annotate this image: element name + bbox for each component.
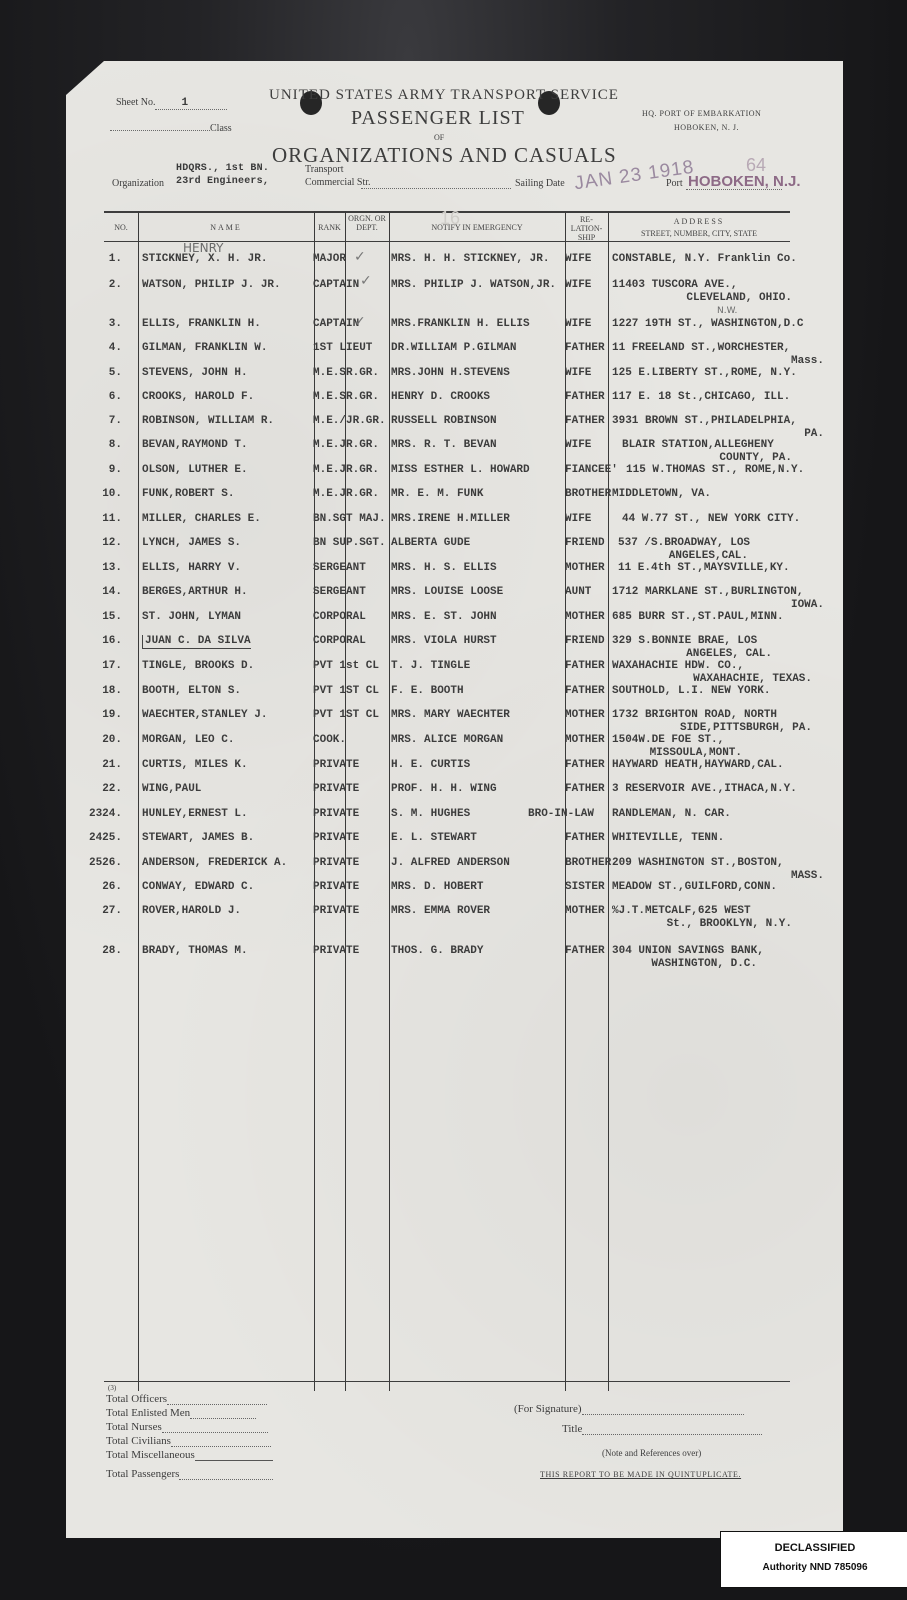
title-line-1: UNITED STATES ARMY TRANSPORT SERVICE (269, 87, 619, 104)
stamp-number: 64 (746, 155, 766, 176)
organization-line-2: 23rd Engineers, (176, 176, 269, 187)
total-misc-field: Total Miscellaneous (106, 1449, 273, 1461)
sheet-no-field: Sheet No.1 (116, 97, 227, 110)
table-bottom-rule (104, 1381, 790, 1382)
port-label: Port (666, 178, 683, 189)
col-header-no: NO. (104, 223, 138, 232)
total-nurses-field: Total Nurses (106, 1421, 268, 1433)
declassified-title: DECLASSIFIED (721, 1542, 907, 1554)
table-row: 27. ROVER,HAROLD J. PRIVATE MRS. EMMA RO… (66, 905, 843, 935)
hq-line-2: HOBOKEN, N. J. (674, 123, 739, 132)
col-header-relationship: RE-LATION-SHIP (565, 215, 608, 242)
check-mark-icon: ✓ (360, 273, 372, 289)
title-line-2: PASSENGER LIST (351, 107, 525, 130)
handwritten-nw: N.W. (717, 306, 737, 316)
check-mark-icon: ✓ (354, 249, 366, 265)
declassified-authority: Authority NND 785096 (721, 1562, 907, 1573)
table-row: 28. BRADY, THOMAS M. PRIVATE THOS. G. BR… (66, 945, 843, 975)
check-mark-icon: ✓ (354, 314, 366, 330)
organization-label: Organization (112, 178, 164, 189)
declassified-label: DECLASSIFIED Authority NND 785096 (720, 1531, 907, 1588)
passenger-list-document: Sheet No.1 Class UNITED STATES ARMY TRAN… (66, 61, 843, 1538)
quintuplicate-note: THIS REPORT TO BE MADE IN QUINTUPLICATE. (540, 1470, 741, 1479)
title-of: OF (434, 133, 444, 142)
col-header-notify: NOTIFY IN EMERGENCY (389, 223, 565, 232)
total-officers-field: Total Officers (106, 1393, 267, 1405)
col-header-address-sub: STREET, NUMBER, CITY, STATE (608, 229, 790, 238)
organization-line-1: HDQRS., 1st BN. (176, 163, 269, 174)
sailing-date-label: Sailing Date (515, 178, 565, 189)
col-header-orgn: ORGN. OR DEPT. (345, 214, 389, 232)
col-header-rank: RANK (314, 223, 345, 232)
table-row: 2. WATSON, PHILIP J. JR. CAPTAIN ✓ MRS. … (66, 279, 843, 309)
transport-label: Transport (305, 164, 344, 175)
class-field: Class (110, 123, 232, 134)
col-header-address: ADDRESS (608, 217, 790, 226)
sheet-no-label: Sheet No. (116, 97, 155, 108)
hq-line-1: HQ. PORT OF EMBARKATION (642, 109, 761, 118)
col-header-name: NAME (138, 223, 314, 232)
class-label: Class (210, 123, 232, 134)
port-stamp: HOBOKEN, N.J. (688, 173, 801, 190)
commercial-label: Commercial Str. (305, 177, 371, 188)
handwritten-henry: HENRY (183, 241, 223, 255)
title-field: Title (562, 1423, 762, 1435)
sheet-no-value: 1 (181, 97, 188, 109)
totals-marker: (3) (108, 1384, 116, 1392)
note-references: (Note and References over) (602, 1448, 701, 1458)
total-enlisted-field: Total Enlisted Men (106, 1407, 256, 1419)
total-passengers-field: Total Passengers (106, 1468, 273, 1480)
signature-field: (For Signature) (514, 1403, 744, 1415)
total-civilians-field: Total Civilians (106, 1435, 271, 1447)
